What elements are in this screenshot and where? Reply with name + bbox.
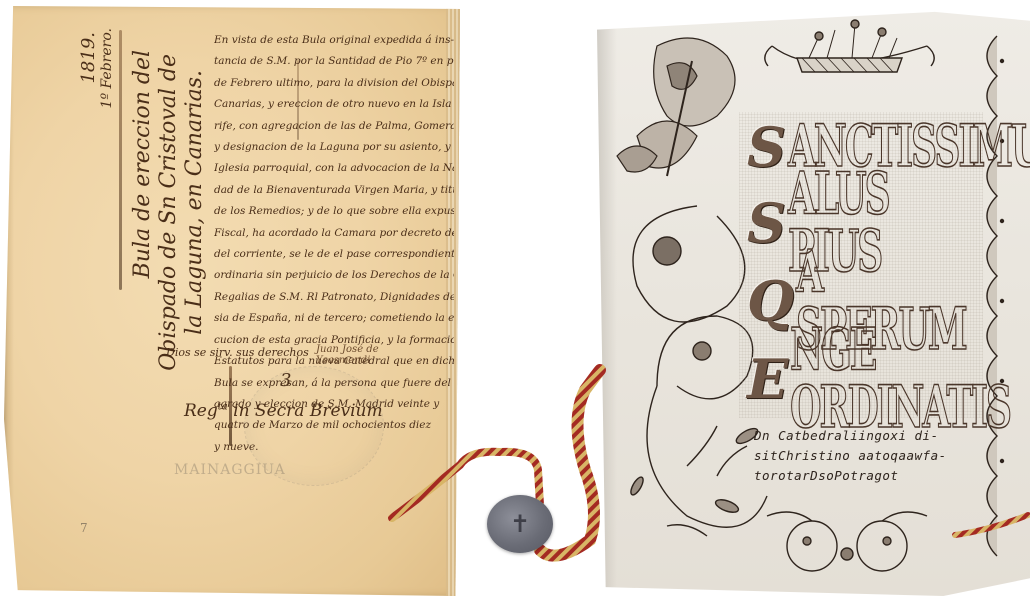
signature-row: Dios se sirv. sus derechos Juan José de … [166,340,426,370]
script-line: sitChristino aatoqaawfa- [754,446,984,466]
body-line: sia de España, ni de tercero; cometiendo… [214,308,454,329]
lead-seal: ✝ [487,495,553,553]
page-number: 7 [80,521,88,535]
margin-date-day: 1º Febrero. [100,28,114,108]
vertical-title-line-3: la Laguna, en Canarias. [184,70,206,335]
body-line: Regalias de S.M. Rl Patronato, Dignidade… [214,287,454,308]
body-line: ordinaria sin perjuicio de los Derechos … [214,265,454,286]
calligraphy-capital: S [747,196,786,250]
body-line: En vista de esta Bula original expedida … [214,30,454,51]
vertical-title-line-2: Obispado de Sn Cristoval de [158,54,180,371]
registry-text: in Secra Brevium [233,401,382,421]
crown-basket-icon [765,20,934,72]
margin-annotation: 1819. 1º Febrero. Bula de ereccion del O… [54,24,194,324]
calligraphy-panel: S ANCTISSIMUS S ALUS PIUS Q A SPERUM E N… [739,112,983,418]
script-line: torotarDsoPotragot [754,466,984,486]
vertical-title-line-1: Bula de ereccion del [132,50,154,278]
decorated-initial-letter [617,38,735,176]
script-line: Dn Catbedraliingoxi di- [754,426,984,446]
body-line: de los Remedios; y de lo que sobre ella … [214,201,454,222]
body-line: de Febrero ultimo, para la division del … [214,73,454,94]
faint-pencil-stamp: MAINAGGIUA [174,462,286,478]
body-line: dad de la Bienaventurada Virgen Maria, y… [214,180,454,201]
cross-icon: ✝ [510,510,530,538]
signature-left: Dios se sirv. sus derechos [166,346,309,359]
parchment-left-edge [4,6,14,596]
registry-prefix: Reg [184,401,218,421]
bottom-garland-ornament [767,512,927,571]
registry-note: Regta in Secra Brevium [184,401,383,421]
body-line: tancia de S.M. por la Santidad de Pio 7º… [214,51,454,72]
calligraphy-capital: Q [747,274,794,328]
calligraphy-capital: S [747,120,786,174]
body-line: Iglesia parroquial, con la advocacion de… [214,158,454,179]
registry-superscript: ta [218,401,228,412]
body-line: Fiscal, ha acordado la Camara por decret… [214,223,454,244]
signature-right: Juan José de Ysasmendi [316,344,426,366]
papal-bull-parchment: 1819. 1º Febrero. Bula de ereccion del O… [4,6,460,596]
body-line: y designacion de la Laguna por su asient… [214,137,454,158]
illuminated-calligraphy-page: S ANCTISSIMUS S ALUS PIUS Q A SPERUM E N… [597,6,1030,596]
body-line: del corriente, se le de el pase correspo… [214,244,454,265]
body-line: rife, con agregacion de las de Palma, Go… [214,116,454,137]
margin-date-year: 1819. [80,32,98,84]
ink-stroke-mark [119,30,122,290]
calligraphy-capital: E [747,352,788,406]
calligraphy-gothic-text: NGE ORDINATIS [790,321,1010,436]
calligraphy-row: E NGE ORDINATIS [747,348,977,410]
body-line: Canarias, y ereccion de otro nuevo en la… [214,94,454,115]
script-text-block: Dn Catbedraliingoxi di- sitChristino aat… [754,426,984,486]
